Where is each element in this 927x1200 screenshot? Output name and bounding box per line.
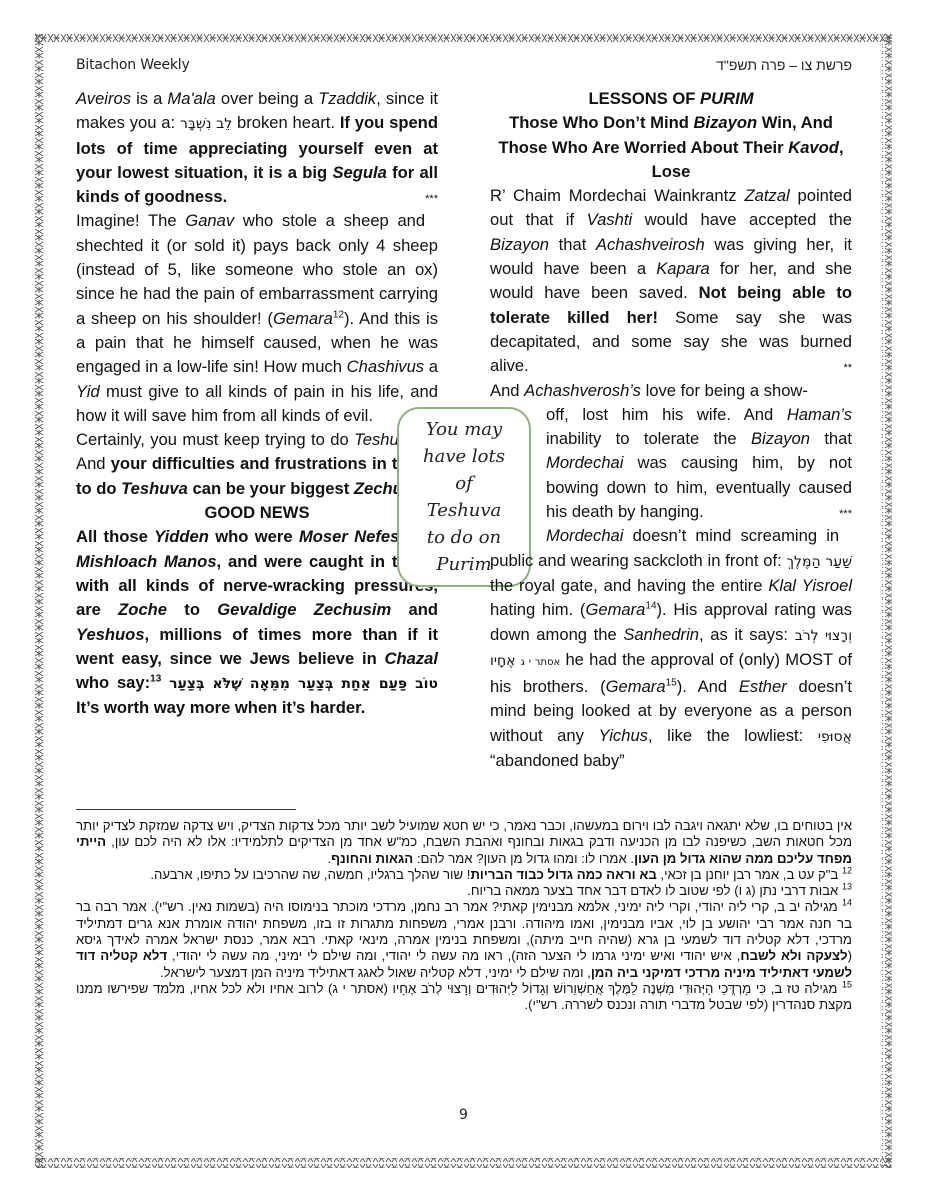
footnote-number: 12 <box>842 866 852 876</box>
callout-line: of <box>455 470 473 497</box>
text-span: love for being a show- <box>641 381 808 400</box>
text-span: R’ Chaim Mordechai Wainkrantz <box>490 186 744 205</box>
text-span: Gemara <box>585 600 645 619</box>
text-span: Esther <box>739 677 787 696</box>
footnote-11-continued: אין בטוחים בו, שלא יתגאה ויגבה לבו וירום… <box>76 818 852 867</box>
footnote-15: 15 מגילה טז ב, כִּי מָרְדֳּכַי הַיְּהוּד… <box>76 981 852 1014</box>
footnote-text: אבות דרבי נתן (ג ו) לפי שטוב לו לאדם דבר… <box>467 883 838 898</box>
footnote-number: 13 <box>842 882 852 892</box>
section-divider-stars: ** <box>843 356 852 380</box>
section-divider-stars: *** <box>425 187 438 211</box>
good-news-heading: GOOD NEWS <box>76 501 438 525</box>
text-span: to <box>167 600 217 619</box>
footnote-ref-13[interactable]: 13 <box>150 674 161 685</box>
hebrew-quote: שַׁעַר הַמֶּלֶךְ <box>787 554 853 570</box>
text-span: Ganav <box>185 211 234 230</box>
text-span: a <box>424 357 438 376</box>
paragraph-haman-cont: off, lost him his wife. And Haman’s inab… <box>546 403 852 524</box>
text-span: Zoche <box>118 600 167 619</box>
footnote-text: . אמרו לו: ומהו גדול מן העון? אמר להם: <box>413 851 634 866</box>
text-span: Achashverosh’s <box>524 381 641 400</box>
text-span: the royal gate, and having the entire <box>490 576 768 595</box>
text-span: Bizayon <box>693 113 757 132</box>
text-span: Yid <box>76 382 100 401</box>
text-span: hating him. ( <box>490 600 585 619</box>
footnote-number: 14 <box>842 898 852 908</box>
footnotes-section: אין בטוחים בו, שלא יתגאה ויגבה לבו וירום… <box>76 818 852 1014</box>
footnote-13: 13 אבות דרבי נתן (ג ו) לפי שטוב לו לאדם … <box>76 883 852 899</box>
text-span: Gemara <box>606 677 666 696</box>
section-divider-stars: *** <box>839 502 852 526</box>
article-title: LESSONS OF PURIM <box>490 87 852 111</box>
title-text: PURIM <box>700 89 753 108</box>
text-span: Bizayon <box>751 429 810 448</box>
text-span: who were <box>209 527 299 546</box>
text-span: Klal Yisroel <box>768 576 852 595</box>
bold-italic-text: Segula <box>332 163 386 182</box>
text-span: that <box>549 235 596 254</box>
footnote-14: 14 מגילה יב ב, קרי ליה יהודי, וקרי ליה י… <box>76 899 852 980</box>
text-span: Zatzal <box>744 186 789 205</box>
text-span: Moser Nefesh <box>299 527 410 546</box>
footnote-ref-14[interactable]: 14 <box>645 601 656 612</box>
hebrew-quote: לֵב נִשְׁבָּר <box>180 116 232 132</box>
indented-wrap-block: off, lost him his wife. And Haman’s inab… <box>490 403 852 524</box>
text-span: Achashveirosh <box>596 235 705 254</box>
text-span: Chashivus <box>347 357 424 376</box>
publication-title: Bitachon Weekly <box>76 57 190 73</box>
text-span: Yeshuos <box>76 625 145 644</box>
parsha-header: פרשת צו – פרה תשפ"ד <box>716 57 852 73</box>
text-span: and <box>391 600 438 619</box>
text-span: Bizayon <box>490 235 549 254</box>
text-span: Kapara <box>656 259 710 278</box>
paragraph-teshuva: Certainly, you must keep trying to do Te… <box>76 428 438 501</box>
text-span: Haman’s <box>787 405 852 424</box>
text-span: over being a <box>216 89 318 108</box>
footnote-text: , איש יהודי ואיש ימיני גרמו לי הצער הזה)… <box>167 948 740 963</box>
title-text: LESSONS OF <box>588 89 700 108</box>
text-span: “abandoned baby” <box>490 751 625 770</box>
text-span: Mordechai <box>546 453 623 472</box>
article-subtitle: Those Who Don’t Mind Bizayon Win, And Th… <box>490 111 852 184</box>
footnote-ref-12[interactable]: 12 <box>333 309 344 320</box>
paragraph-vashti: R’ Chaim Mordechai Wainkrantz Zatzal poi… <box>490 184 852 378</box>
text-span: Mishloach Manos <box>76 552 217 571</box>
text-span: would have accepted the <box>632 210 852 229</box>
paragraph-good-news: All those Yidden who were Moser Nefesh f… <box>76 525 438 720</box>
text-span: Gevaldige Zechusim <box>217 600 391 619</box>
footnote-text: , ומה שילם לי ימיני, דלא קטליה שאול לאגג… <box>160 965 591 980</box>
left-column: Aveiros is a Ma'ala over being a Tzaddik… <box>76 87 438 721</box>
footnote-text: מגילה טז ב, כִּי מָרְדֳּכַי הַיְּהוּדִי … <box>76 981 852 1012</box>
bold-italic-text: Teshuva <box>121 479 188 498</box>
text-span: Aveiros <box>76 89 131 108</box>
footnote-text: ב"ק עט ב, אמר רבן יוחנן בן זכאי, <box>657 867 839 882</box>
footnote-ref-15[interactable]: 15 <box>666 678 677 689</box>
paragraph-haman: And Achashverosh’s love for being a show… <box>490 379 852 403</box>
text-span: All those <box>76 527 154 546</box>
text-span: Yichus <box>598 726 648 745</box>
footnote-text: ! שור שהלך ברגליו, חמשה, שה שהרכיבו על כ… <box>150 867 470 882</box>
text-span: Chazal <box>385 649 438 668</box>
footnote-bold: בא וראה כמה גדול כבוד הבריות <box>470 867 656 882</box>
hebrew-citation: אסתר י ג <box>521 657 560 668</box>
paragraph-mordechai: Mordechai doesn’t mind screaming in publ… <box>490 524 852 773</box>
text-span: It’s worth way more when it’s harder. <box>76 698 365 717</box>
hebrew-quote: טוֹב פַּעַם אַחַת בְּצַעַר מִמֵּאָה שֶׁל… <box>169 676 438 692</box>
text-span: , like the lowliest: <box>648 726 818 745</box>
text-span: is a <box>131 89 167 108</box>
text-span: that <box>810 429 852 448</box>
footnote-12: 12 ב"ק עט ב, אמר רבן יוחנן בן זכאי, בא ו… <box>76 867 852 883</box>
page-number: 9 <box>0 1107 927 1123</box>
text-span: , as it says: <box>699 625 795 644</box>
text-span: Ma'ala <box>167 89 215 108</box>
footnote-number: 15 <box>842 980 852 990</box>
hebrew-quote: אֲסוּפִי <box>818 729 852 745</box>
text-span: ). And <box>677 677 739 696</box>
callout-line: Purim <box>436 551 491 578</box>
text-span: Certainly, you must keep trying to do <box>76 430 354 449</box>
footnote-text: אין בטוחים בו, שלא יתגאה ויגבה לבו וירום… <box>76 818 852 849</box>
text-span: Vashti <box>587 210 633 229</box>
text-span: Yidden <box>154 527 209 546</box>
right-column: LESSONS OF PURIM Those Who Don’t Mind Bi… <box>490 87 852 773</box>
paragraph-ganav: Imagine! The Ganav who stole a sheep and… <box>76 209 438 428</box>
footnote-separator <box>76 809 296 810</box>
footnote-bold: לצעקה ולא לשבח <box>740 948 847 963</box>
text-span: Mordechai <box>546 526 623 545</box>
text-span: inability to tolerate the <box>546 429 751 448</box>
text-span: broken heart. <box>232 113 340 132</box>
bold-text: can be your biggest <box>188 479 354 498</box>
paragraph-broken-heart: Aveiros is a Ma'ala over being a Tzaddik… <box>76 87 438 209</box>
text-span: Gemara <box>273 309 333 328</box>
text-span: who say: <box>76 673 150 692</box>
text-span: Imagine! The <box>76 211 185 230</box>
text-span: off, lost him his wife. And <box>546 405 787 424</box>
text-span: Tzaddik <box>318 89 376 108</box>
text-span: Those Who Don’t Mind <box>509 113 693 132</box>
footnote-bold: הגאות והחונף <box>331 851 413 866</box>
text-span: Kavod <box>788 138 839 157</box>
text-span: And <box>490 381 524 400</box>
text-span: must give to all kinds of pain in his li… <box>76 382 438 425</box>
text-span: Sanhedrin <box>623 625 699 644</box>
